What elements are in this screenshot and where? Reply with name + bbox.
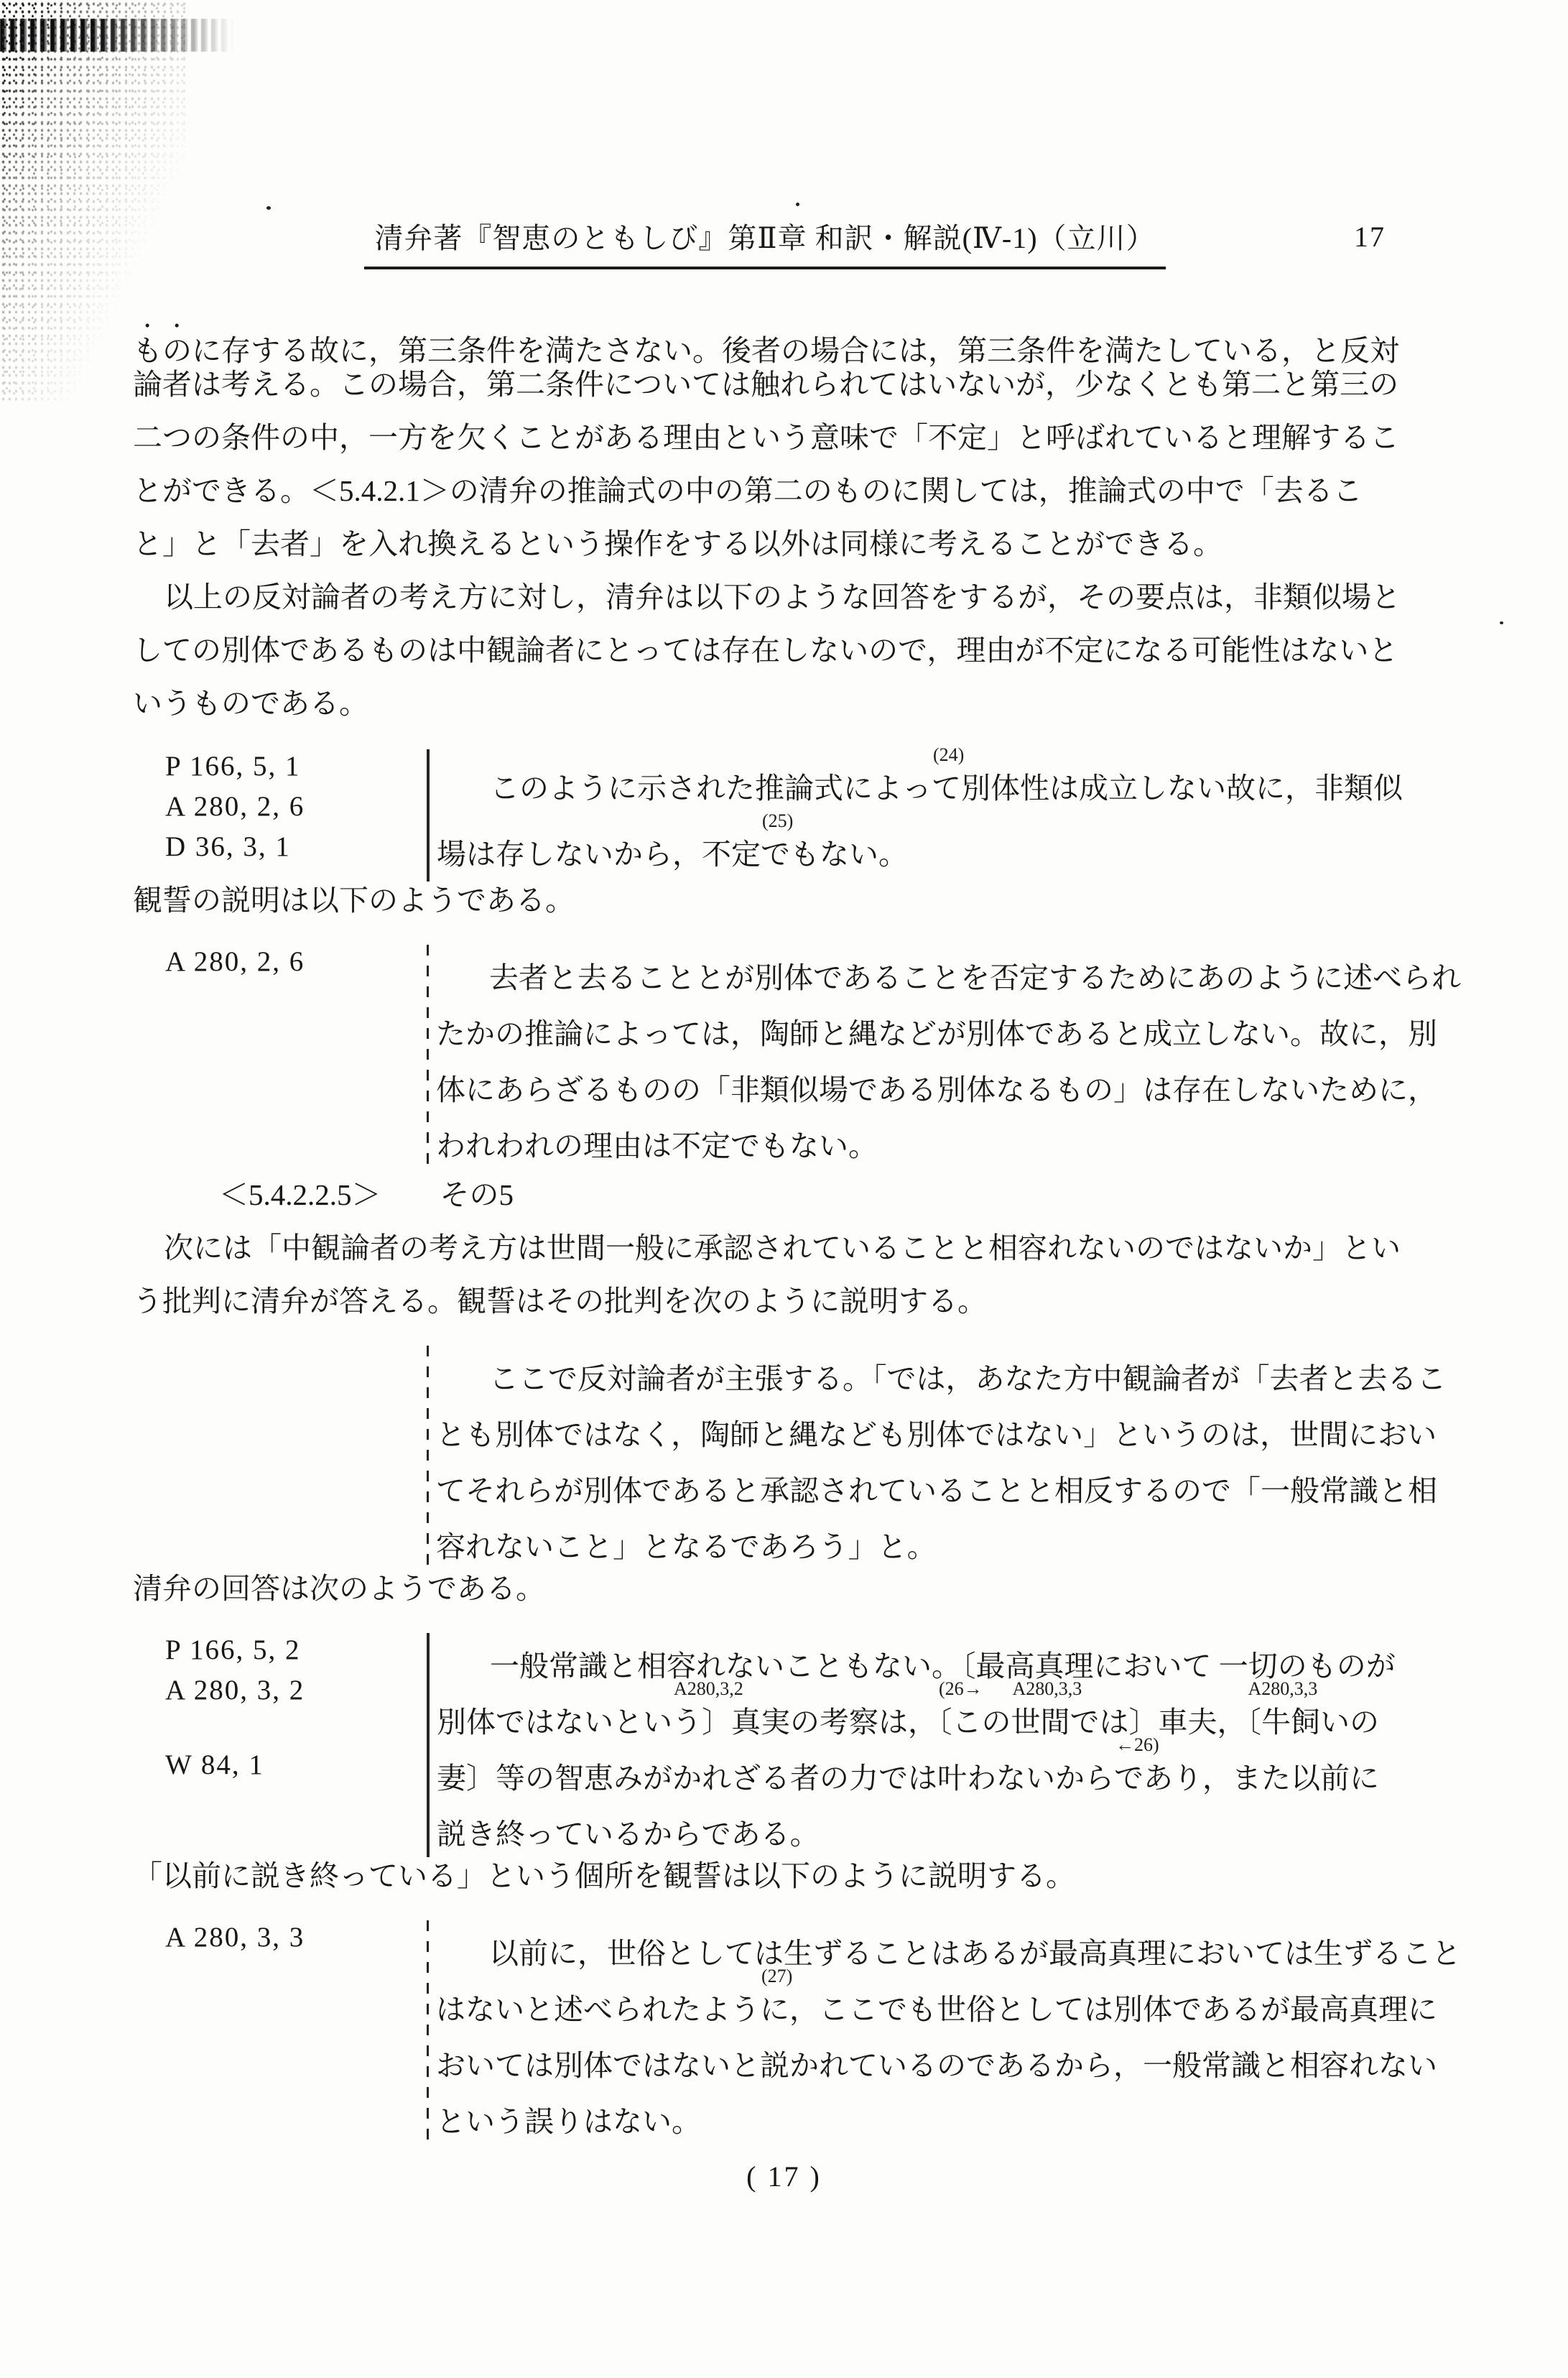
text-segment: 「以前に説き終っている」という個所を観誓は以下のように説明する。 (133, 1859, 1075, 1892)
footnote-marker: A280,3,2 (674, 1680, 743, 1698)
text-line: 清弁の回答は次のようである。 (133, 1574, 1397, 1627)
footnote-marker: ←26) (1115, 1736, 1159, 1754)
footnote-marker: (27) (761, 1967, 792, 1986)
citation-labels: P 166, 5, 2A 280, 3, 2W 84, 1 (133, 1633, 427, 1857)
quote-text: 以前に，世俗としては生ずることはあるが最高真理においては生ずることはないと述べら… (429, 1920, 1461, 2145)
quote-line: このように示された推論式によっ(24)て別体性は成立しない故に，非類似 (437, 749, 1403, 815)
quote-line: 場は存しないから，不定(25)でもない。 (437, 815, 1403, 882)
paragraph: 「以前に説き終っている」という個所を観誓は以下のように説明する。 (133, 1861, 1397, 1915)
text-segment: と」と「去者」を入れ換えるという操作をする以外は同様に考えることができる。 (133, 527, 1223, 560)
text-segment: 次には「中観論者の考え方は世間一般に承認されていることと相容れないのではないか」… (164, 1231, 1401, 1264)
citation-labels (133, 1346, 427, 1570)
citation-block: A 280, 2, 6去者と去ることとが別体であることを否定するためにあのように… (133, 945, 1397, 1169)
text-segment: もない。 (790, 838, 908, 871)
quote-line: おいては別体ではないと説かれているのであるから，一般常識と相容れない (436, 2032, 1461, 2088)
scan-speck (796, 203, 799, 206)
quote-line: 妻〕等の智恵みがかれざる者の力では叶わないから←26)であり，また以前に (437, 1745, 1397, 1801)
citation-labels: P 166, 5, 1A 280, 2, 6D 36, 3, 1 (133, 749, 427, 882)
text-segment: とも別体ではなく，陶師と縄なども別体ではない」というのは，世間におい (436, 1418, 1437, 1451)
text-segment: 別体ではないとい (437, 1706, 672, 1739)
quote-line: われわれの理由は不定でもない。 (436, 1113, 1461, 1169)
text-segment: (24)て (932, 772, 961, 805)
text-segment: 車夫， (1159, 1706, 1247, 1739)
paragraph: 観誓の説明は以下のようである。 (133, 886, 1397, 939)
text-segment: 容れないこと」となるであろう」と。 (436, 1530, 937, 1563)
text-segment: とができる。＜5.4.2.1＞の清弁の推論式の中の第二のものに関しては，推論式の… (133, 474, 1363, 507)
text-segment: 論者は考える。この場合，第二条件については触れられてはいないが，少なくとも第二と… (133, 368, 1398, 401)
text-line: 次には「中観論者の考え方は世間一般に承認されていることと相容れないのではないか」… (133, 1234, 1397, 1287)
text-segment: 体にあらざるものの「非類似場である別体なるもの」は存在しないために， (436, 1073, 1437, 1106)
text-segment: いうものである。 (133, 687, 368, 720)
text-segment: 場は存しないから，不定 (437, 838, 761, 871)
text-segment: ＜5.4.2.2.5＞ その5 (219, 1178, 514, 1211)
paragraph: ものに存する故に，第三条件を満たさない。後者の場合には，第三条件を満たしている，… (133, 317, 1397, 742)
citation-labels: A 280, 2, 6 (133, 945, 427, 1169)
quote-text: このように示された推論式によっ(24)て別体性は成立しない故に，非類似場は存しな… (430, 749, 1403, 882)
citation-block: ここで反対論者が主張する。「では，あなた方中観論者が「去者と去ることも別体ではな… (133, 1346, 1397, 1570)
citation-labels: A 280, 3, 3 (133, 1920, 427, 2145)
text-line: しての別体であるものは中観論者にとっては存在しないので，理由が不定になる可能性は… (133, 636, 1397, 689)
quote-line: 別体ではないといA280,3,2う〕真実の考察は，(26→〔このA280,3,3… (437, 1689, 1397, 1745)
folio-number: ( 17 ) (746, 2160, 822, 2193)
text-segment: う批判に清弁が答える。観誓はその批判を次のように説明する。 (133, 1285, 987, 1318)
text-line: いうものである。 (133, 689, 1397, 742)
text-segment: 観誓の説明は以下のようである。 (133, 884, 575, 917)
section-heading: ＜5.4.2.2.5＞ その5 (219, 1180, 1397, 1234)
footnote-marker: A280,3,3 (1013, 1680, 1082, 1698)
text-line: とができる。＜5.4.2.1＞の清弁の推論式の中の第二のものに関しては，推論式の… (133, 476, 1397, 529)
citation-label: W 84, 1 (165, 1751, 427, 1791)
text-segment: 清弁の回答は次のようである。 (133, 1572, 545, 1605)
quote-line: 説き終っているからである。 (437, 1801, 1397, 1857)
text-line: 論者は考える。この場合，第二条件については触れられてはいないが，少なくとも第二と… (133, 370, 1397, 423)
quote-text: ここで反対論者が主張する。「では，あなた方中観論者が「去者と去ることも別体ではな… (429, 1346, 1447, 1570)
citation-label: A 280, 2, 6 (165, 948, 427, 988)
text-segment: 説き終っているからである。 (437, 1818, 820, 1851)
footnote-marker: (25) (762, 812, 793, 831)
quote-line: ここで反対論者が主張する。「では，あなた方中観論者が「去者と去るこ (436, 1346, 1447, 1402)
text-segment: 真実の考察は， (731, 1706, 937, 1739)
scan-speck (266, 206, 271, 210)
quote-line: 去者と去ることとが別体であることを否定するためにあのように述べられ (436, 945, 1461, 1001)
text-segment: しての別体であるものは中観論者にとっては存在しないので，理由が不定になる可能性は… (133, 634, 1398, 667)
text-segment: われわれの理由は不定でもない。 (436, 1129, 878, 1162)
text-segment: 別体性は成立しない故に，非類似 (961, 772, 1403, 805)
text-segment: (27)に (760, 1993, 789, 2026)
text-segment: (25)で (761, 838, 790, 871)
text-segment: おいては別体ではないと説かれているのであるから，一般常識と相容れない (436, 2049, 1437, 2082)
citation-block: A 280, 3, 3以前に，世俗としては生ずることはあるが最高真理においては生… (133, 1920, 1397, 2145)
page-number: 17 (1354, 220, 1386, 254)
scan-speck (1500, 621, 1503, 624)
text-line: 二つの条件の中，一方を欠くことがある理由という意味で「不定」と呼ばれていると理解… (133, 423, 1397, 476)
text-segment: ，ここでも世俗としては別体であるが最高真理に (789, 1993, 1437, 2026)
footnote-marker: (26→ (939, 1680, 983, 1698)
heading-line: ＜5.4.2.2.5＞ その5 (219, 1180, 1397, 1210)
text-line: 以上の反対論者の考え方に対し，清弁は以下のような回答をするが，その要点は，非類似… (133, 583, 1397, 636)
quote-line: 以前に，世俗としては生ずることはあるが最高真理においては生ずること (436, 1920, 1461, 1976)
scanned-page: 清弁著『智恵のともしび』第Ⅱ章 和訳・解説(Ⅳ-1)（立川） 17 ものに存する… (0, 0, 1568, 2378)
text-segment: 以上の反対論者の考え方に対し，清弁は以下のような回答をするが，その要点は，非類似… (164, 580, 1401, 614)
quote-line: はないと述べられたよう(27)に，ここでも世俗としては別体であるが最高真理に (436, 1976, 1461, 2032)
text-segment: このように示された推論式によっ (490, 772, 932, 805)
text-segment: ここで反対論者が主張する。「では，あなた方中観論者が「去者と去るこ (489, 1362, 1447, 1395)
quote-line: という誤りはない。 (436, 2088, 1461, 2145)
quote-text: 一般常識と相容れないこともない。〔最高真理において 一切のものが別体ではないとい… (430, 1633, 1397, 1857)
citation-label: D 36, 3, 1 (165, 833, 427, 873)
text-segment: (26→〔この (937, 1706, 1011, 1739)
paragraph: 次には「中観論者の考え方は世間一般に承認されていることと相容れないのではないか」… (133, 1234, 1397, 1340)
footnote-marker: A280,3,3 (1248, 1680, 1318, 1698)
text-segment: ←26)であり (1114, 1762, 1202, 1795)
paragraph: 清弁の回答は次のようである。 (133, 1574, 1397, 1627)
footnote-marker: (24) (933, 746, 964, 764)
text-segment: ，また以前に (1202, 1762, 1379, 1795)
quote-line: てそれらが別体であると承認されていることと相反するので「一般常識と相 (436, 1458, 1447, 1514)
quote-line: たかの推論によっては，陶師と縄などが別体であると成立しない。故に，別 (436, 1001, 1461, 1057)
text-segment: に存する故に，第三条件を満たさない。後者の場合には，第三条件を満たしている，と反… (192, 334, 1399, 367)
text-segment: 二つの条件の中，一方を欠くことがある理由という意味で「不定」と呼ばれていると理解… (133, 421, 1399, 454)
document-body: ものに存する故に，第三条件を満たさない。後者の場合には，第三条件を満たしている，… (133, 317, 1397, 2149)
quote-line: とも別体ではなく，陶師と縄なども別体ではない」というのは，世間におい (436, 1402, 1447, 1458)
text-segment: はないと述べられたよう (436, 1993, 760, 2026)
page-footer: ( 17 ) (0, 2160, 1568, 2193)
citation-block: P 166, 5, 2A 280, 3, 2W 84, 1一般常識と相容れないこ… (133, 1633, 1397, 1857)
citation-label: P 166, 5, 1 (165, 752, 427, 792)
text-segment: 去者と去ることとが別体であることを否定するためにあのように述べられ (489, 961, 1461, 994)
text-line: ものに存する故に，第三条件を満たさない。後者の場合には，第三条件を満たしている，… (133, 317, 1397, 370)
emphasized-text: もの (133, 334, 192, 367)
text-segment: A280,3,2う〕 (672, 1706, 731, 1739)
text-line: 観誓の説明は以下のようである。 (133, 886, 1397, 939)
citation-label: A 280, 2, 6 (165, 792, 427, 833)
page-header: 清弁著『智恵のともしび』第Ⅱ章 和訳・解説(Ⅳ-1)（立川） 17 (133, 216, 1397, 269)
text-line: 「以前に説き終っている」という個所を観誓は以下のように説明する。 (133, 1861, 1397, 1915)
text-segment: という誤りはない。 (436, 2105, 701, 2138)
text-line: と」と「去者」を入れ換えるという操作をする以外は同様に考えることができる。 (133, 529, 1397, 583)
text-segment: 妻〕等の智恵みがかれざる者の力では叶わないから (437, 1762, 1114, 1795)
quote-line: 容れないこと」となるであろう」と。 (436, 1514, 1447, 1570)
text-segment: たかの推論によっては，陶師と縄などが別体であると成立しない。故に，別 (436, 1017, 1437, 1050)
text-line: う批判に清弁が答える。観誓はその批判を次のように説明する。 (133, 1287, 1397, 1340)
running-title: 清弁著『智恵のともしび』第Ⅱ章 和訳・解説(Ⅳ-1)（立川） (364, 216, 1165, 269)
citation-label: P 166, 5, 2 (165, 1636, 427, 1676)
text-segment: てそれらが別体であると承認されていることと相反するので「一般常識と相 (436, 1474, 1437, 1507)
citation-label: A 280, 3, 2 (165, 1676, 427, 1716)
quote-line: 体にあらざるものの「非類似場である別体なるもの」は存在しないために， (436, 1057, 1461, 1113)
citation-label: A 280, 3, 3 (165, 1923, 427, 1963)
citation-block: P 166, 5, 1A 280, 2, 6D 36, 3, 1このように示され… (133, 749, 1397, 882)
text-segment: 以前に，世俗としては生ずることはあるが最高真理においては生ずること (489, 1937, 1461, 1970)
text-segment: A280,3,3〔牛飼いの (1247, 1706, 1380, 1739)
quote-text: 去者と去ることとが別体であることを否定するためにあのように述べられたかの推論によ… (429, 945, 1461, 1169)
